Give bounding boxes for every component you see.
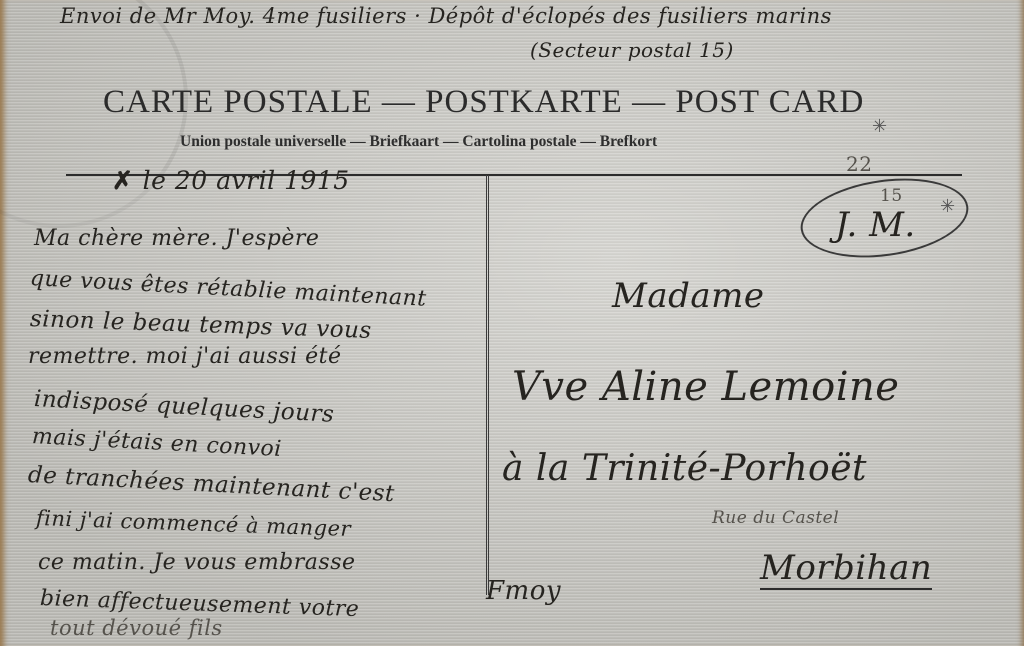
asterisk-mark-2: ✳ xyxy=(940,196,955,217)
message-line: sinon le beau temps va vous xyxy=(30,306,373,344)
address-name: Vve Aline Lemoine xyxy=(512,364,899,410)
censor-number-mid: 15 xyxy=(880,186,903,206)
message-line: que vous êtes rétablie maintenant xyxy=(29,266,427,312)
message-date: ✗ le 20 avril 1915 xyxy=(112,166,350,195)
address-town: à la Trinité-Porhoët xyxy=(502,448,867,489)
signature: Fmoy xyxy=(486,576,561,606)
sender-header-line2: (Secteur postal 15) xyxy=(530,38,734,62)
cross-mark-icon: ✗ xyxy=(112,166,143,195)
message-line: de tranchées maintenant c'est xyxy=(27,462,395,507)
printed-card-title: CARTE POSTALE — POSTKARTE — POST CARD xyxy=(103,84,923,121)
sender-header-line1: Envoi de Mr Moy. 4me fusiliers · Dépôt d… xyxy=(60,4,832,28)
message-line: Ma chère mère. J'espère xyxy=(34,226,319,251)
printed-card-subtitle: Union postale universelle — Briefkaart —… xyxy=(180,133,657,151)
postmark-text: AURAY xyxy=(0,0,7,77)
asterisk-mark: ✳ xyxy=(872,116,887,137)
message-line: remettre. moi j'ai aussi été xyxy=(28,344,342,369)
date-text: le 20 avril 1915 xyxy=(143,166,350,195)
message-line: ce matin. Je vous embrasse xyxy=(38,550,356,575)
censor-initials: J. M. xyxy=(835,205,916,245)
address-salutation: Madame xyxy=(612,276,764,316)
vertical-divider xyxy=(486,175,489,595)
message-line: indisposé quelques jours xyxy=(33,386,335,428)
message-line: mais j'étais en convoi xyxy=(31,424,282,462)
censor-number-top: 22 xyxy=(846,152,872,176)
message-line: tout dévoué fils xyxy=(50,616,223,640)
address-department: Morbihan xyxy=(760,548,932,590)
message-line: fini j'ai commencé à manger xyxy=(36,506,352,541)
address-street: Rue du Castel xyxy=(712,508,839,528)
postcard-back: AURAY Envoi de Mr Moy. 4me fusiliers · D… xyxy=(0,0,1024,646)
postmark-stamp: AURAY xyxy=(0,0,208,248)
